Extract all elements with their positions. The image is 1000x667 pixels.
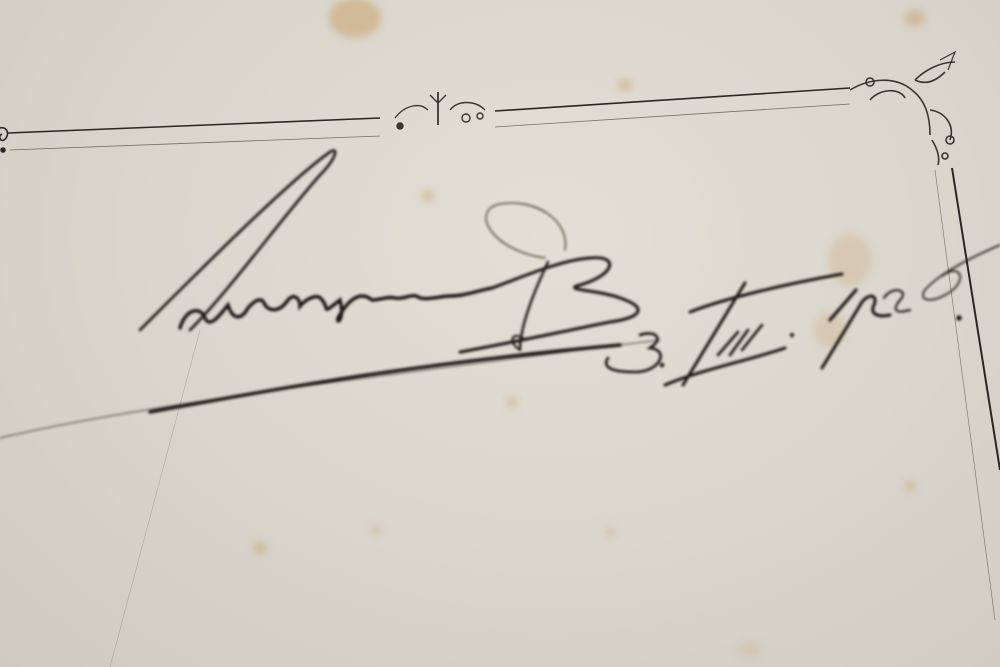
handwritten-signature: [0, 151, 660, 438]
document-illustration: [0, 0, 1000, 667]
floral-corner-icon: [850, 52, 955, 165]
document-photo: Александръ 3. VIII. 1928: [0, 0, 1000, 667]
paper-stains: [253, 0, 925, 658]
scroll-curl-icon: [0, 128, 7, 152]
handwritten-date: [606, 245, 1000, 385]
ornamental-border: [8, 88, 1000, 667]
scroll-ornament-icon: [395, 92, 485, 129]
